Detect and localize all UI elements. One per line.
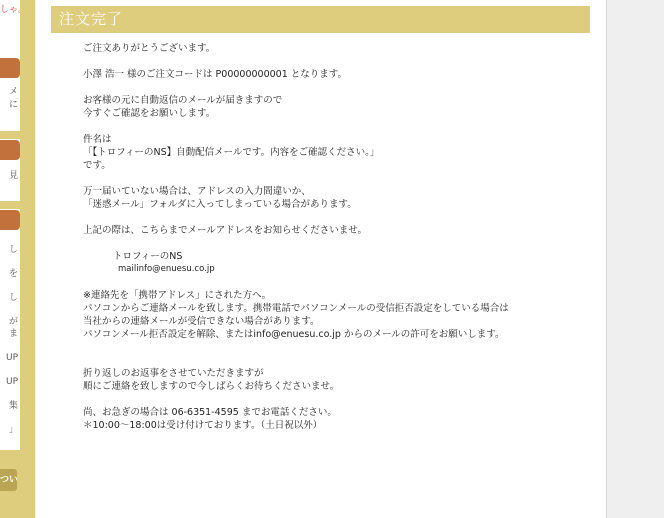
text-line: ご注文ありがとうございます。: [83, 42, 583, 55]
sidebar-bottom-button[interactable]: ついて: [0, 469, 17, 491]
sidebar-gap: [0, 201, 20, 209]
thanks-paragraph: ご注文ありがとうございます。: [83, 42, 583, 55]
sidebar-card-line: 」: [0, 418, 18, 442]
text-line: 今すぐご確認をお願いします。: [83, 107, 583, 120]
sidebar-card-line: 集: [0, 394, 18, 418]
reply-notice-paragraph: 折り返しのお返事をさせていただきますが 順にご連絡を致しますので今しばらくお待ち…: [83, 367, 583, 393]
sidebar-card-header[interactable]: [0, 58, 20, 78]
sidebar-card-line: UP: [0, 346, 18, 370]
order-code-paragraph: 小澤 浩一 様のご注文コードは P00000000001 となります。: [83, 68, 583, 81]
business-hours-text: ＊10:00～18:00は受け付けております。（土日祝以外）: [83, 419, 583, 432]
sidebar-card-text: 見: [0, 160, 20, 183]
sidebar-card-header[interactable]: [0, 140, 20, 160]
email-subject-text: 「【トロフィーのNS】自動配信メールです。内容をご確認ください。」: [83, 146, 583, 159]
page-title-bar: 注文完了: [51, 6, 590, 33]
notify-paragraph: 上記の際は、こちらまでメールアドレスをお知らせくださいませ。: [83, 224, 583, 237]
page: しゃ。 メ に 見 し を し: [0, 0, 664, 518]
text-line: 折り返しのお返事をさせていただきますが: [83, 367, 583, 380]
text-line: 上記の際は、こちらまでメールアドレスをお知らせくださいませ。: [83, 224, 583, 237]
text-line: パソコンメール拒否設定を解除、またはinfo@enuesu.co.jp からのメ…: [83, 328, 583, 341]
sidebar-card-2[interactable]: 見: [0, 140, 20, 200]
mobile-notice-paragraph: ※連絡先を「携帯アドレス」にされた方へ。 パソコンからご連絡メールを致します。携…: [83, 289, 583, 341]
text-line: 件名は: [83, 133, 583, 146]
text-line: です。: [83, 159, 583, 172]
sidebar-card-line: メ: [0, 86, 18, 99]
sidebar-card-line: UP: [0, 370, 18, 394]
sidebar-card-line: ま: [0, 322, 18, 346]
text-line: ※連絡先を「携帯アドレス」にされた方へ。: [83, 289, 583, 302]
main-content: 注文完了 ご注文ありがとうございます。 小澤 浩一 様のご注文コードは P000…: [35, 0, 606, 518]
sidebar-card-line: に: [0, 99, 18, 112]
spacer: [83, 354, 583, 367]
sidebar-card-text: し を し が ま UP UP 集 」: [0, 230, 20, 442]
sidebar-card-line: 見: [0, 170, 18, 183]
order-code-text: 小澤 浩一 様のご注文コードは P00000000001 となります。: [83, 68, 583, 81]
contact-paragraph: 尚、お急ぎの場合は 06-6351-4595 までお電話ください。 ＊10:00…: [83, 406, 583, 432]
not-received-paragraph: 万一届いていない場合は、アドレスの入力間違いか、 「迷惑メール」フォルダに入って…: [83, 185, 583, 211]
sidebar-card-line: し: [0, 238, 18, 262]
subject-paragraph: 件名は 「【トロフィーのNS】自動配信メールです。内容をご確認ください。」 です…: [83, 133, 583, 172]
auto-reply-paragraph: お客様の元に自動返信のメールが届きますので 今すぐご確認をお願いします。: [83, 94, 583, 120]
sidebar-card-header[interactable]: [0, 210, 20, 230]
shop-email-link[interactable]: mailinfo@enuesu.co.jp: [113, 263, 583, 276]
text-line: お客様の元に自動返信のメールが届きますので: [83, 94, 583, 107]
text-line: 「迷惑メール」フォルダに入ってしまっている場合があります。: [83, 198, 583, 211]
signature-block: トロフィーのNS mailinfo@enuesu.co.jp: [83, 250, 583, 276]
text-line: 当社からの連絡メールが受信できない場合があります。: [83, 315, 583, 328]
sidebar-card-text: メ に: [0, 78, 20, 112]
order-complete-message: ご注文ありがとうございます。 小澤 浩一 様のご注文コードは P00000000…: [83, 42, 583, 445]
sidebar: しゃ。 メ に 見 し を し: [0, 0, 35, 518]
text-line: 順にご連絡を致しますので今しばらくお待ちくださいませ。: [83, 380, 583, 393]
text-line: パソコンからご連絡メールを致します。携帯電話でパソコンメールの受信拒否設定をして…: [83, 302, 583, 315]
sidebar-card-line: し: [0, 286, 18, 310]
sidebar-card-3[interactable]: し を し が ま UP UP 集 」: [0, 210, 20, 450]
right-gutter: [606, 0, 664, 518]
shop-name: トロフィーのNS: [113, 250, 583, 263]
sidebar-top-text: しゃ。: [0, 2, 20, 15]
sidebar-gap: [0, 131, 20, 139]
sidebar-panel: しゃ。 メ に 見 し を し: [0, 0, 20, 450]
sidebar-card-1[interactable]: メ に: [0, 58, 20, 130]
phone-contact-text: 尚、お急ぎの場合は 06-6351-4595 までお電話ください。: [83, 406, 583, 419]
text-line: 万一届いていない場合は、アドレスの入力間違いか、: [83, 185, 583, 198]
page-title: 注文完了: [59, 10, 123, 29]
sidebar-card-line: を: [0, 262, 18, 286]
